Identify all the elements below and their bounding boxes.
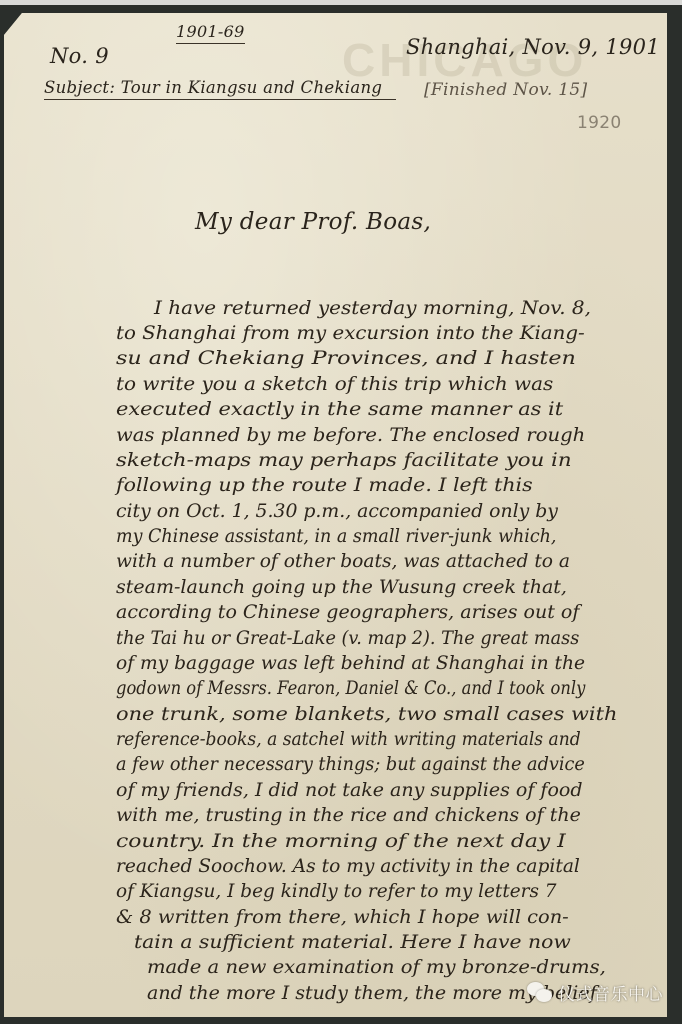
body-line: steam-launch going up the Wusung creek t… <box>116 576 567 598</box>
body-line: following up the route I made. I left th… <box>116 474 533 496</box>
finished-note: [Finished Nov. 15] <box>424 80 587 100</box>
body-line: one trunk, some blankets, two small case… <box>116 703 617 725</box>
body-line: godown of Messrs. Fearon, Daniel & Co., … <box>116 677 585 699</box>
salutation: My dear Prof. Boas, <box>195 209 431 235</box>
body-line: reached Soochow. As to my activity in th… <box>116 855 580 877</box>
pencil-mark: 1920 <box>577 113 621 133</box>
body-line: to Shanghai from my excursion into the K… <box>116 322 585 344</box>
body-line: of my friends, I did not take any suppli… <box>116 779 582 801</box>
body-line: according to Chinese geographers, arises… <box>116 601 579 623</box>
letter-page: CHICAGO 1901-69 No. 9 Shanghai, Nov. 9, … <box>4 13 667 1017</box>
body-line: I have returned yesterday morning, Nov. … <box>154 297 591 319</box>
body-line: country. In the morning of the next day … <box>116 830 566 852</box>
archive-code: 1901-69 <box>176 22 245 44</box>
body-line: of Kiangsu, I beg kindly to refer to my … <box>116 880 556 902</box>
body-line: with a number of other boats, was attach… <box>116 550 570 572</box>
place-and-date: Shanghai, Nov. 9, 1901 <box>406 35 660 59</box>
subject-line: Subject: Tour in Kiangsu and Chekiang <box>44 78 396 100</box>
body-line: my Chinese assistant, in a small river-j… <box>116 525 556 547</box>
letter-number: No. 9 <box>50 44 109 68</box>
body-line: of my baggage was left behind at Shangha… <box>116 652 585 674</box>
body-line: the Tai hu or Great-Lake (v. map 2). The… <box>116 627 579 649</box>
body-line: tain a sufficient material. Here I have … <box>134 931 571 953</box>
body-line: & 8 written from there, which I hope wil… <box>116 906 569 928</box>
body-line: made a new examination of my bronze-drum… <box>147 956 606 978</box>
body-line: city on Oct. 1, 5.30 p.m., accompanied o… <box>116 500 558 522</box>
wechat-watermark: 仪式音乐中心 <box>527 980 663 1005</box>
body-line: su and Chekiang Provinces, and I hasten <box>116 347 576 369</box>
body-line: a few other necessary things; but agains… <box>116 753 585 775</box>
body-line: reference-books, a satchel with writing … <box>116 728 581 750</box>
body-line: executed exactly in the same manner as i… <box>116 398 563 420</box>
body-line: to write you a sketch of this trip which… <box>116 373 553 395</box>
wechat-icon <box>527 982 553 1004</box>
body-line: was planned by me before. The enclosed r… <box>116 424 585 446</box>
watermark-text: 仪式音乐中心 <box>558 980 663 1005</box>
body-line: sketch-maps may perhaps facilitate you i… <box>116 449 572 471</box>
body-line: with me, trusting in the rice and chicke… <box>116 804 581 826</box>
